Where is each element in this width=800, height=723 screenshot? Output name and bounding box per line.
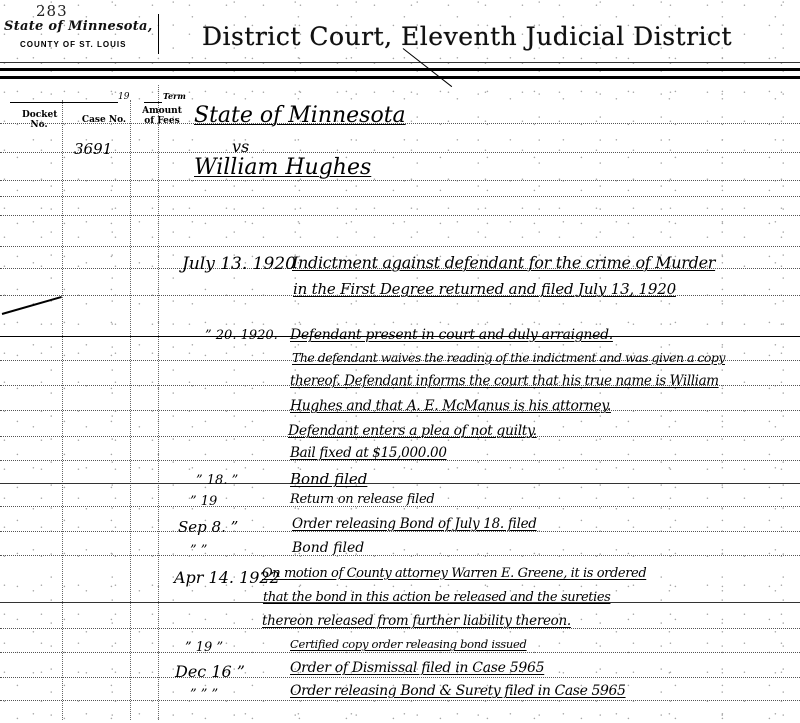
entry-date: July 13. 1920 xyxy=(182,254,296,274)
entry-date: ” ” ” xyxy=(190,687,218,702)
header-rule-thick-1 xyxy=(0,68,800,71)
ruled-line xyxy=(0,215,800,216)
entry-date: ” ” xyxy=(190,543,207,558)
entry-line: in the First Degree returned and filed J… xyxy=(293,280,676,298)
ruled-line xyxy=(0,652,800,653)
court-title: District Court, Eleventh Judicial Distri… xyxy=(202,22,732,51)
header-rule-thin xyxy=(0,62,800,63)
county-heading: COUNTY OF ST. LOUIS xyxy=(20,40,126,49)
ruled-line xyxy=(0,677,800,678)
year-line xyxy=(10,102,118,103)
entry-line: Certified copy order releasing bond issu… xyxy=(290,637,527,651)
header-brace xyxy=(158,14,165,54)
page-number: 283 xyxy=(36,2,68,20)
state-heading: State of Minnesota, xyxy=(4,19,153,34)
entry-line: Defendant enters a plea of not guilty. xyxy=(288,423,537,439)
case-number: 3691 xyxy=(74,140,112,158)
entry-line: Bond filed xyxy=(290,470,367,488)
entry-date: ” 18. ” xyxy=(196,473,238,488)
ruled-line xyxy=(0,152,800,153)
ruled-line xyxy=(0,555,800,556)
entry-date: Dec 16 ” xyxy=(175,662,245,681)
entry-line: thereon released from further liability … xyxy=(262,613,571,629)
ruled-line xyxy=(0,180,800,181)
docket-page: 283 State of Minnesota, COUNTY OF ST. LO… xyxy=(0,0,800,723)
entry-date: ” 20. 1920. xyxy=(205,328,278,343)
year-prefix: 19 xyxy=(118,92,129,102)
entry-line: that the bond in this action be released… xyxy=(263,590,610,605)
entry-line: thereof. Defendant informs the court tha… xyxy=(290,373,719,389)
header-rule-thick-2 xyxy=(0,76,800,79)
entry-line: The defendant waives the reading of the … xyxy=(292,350,725,365)
entry-line: Order releasing Bond of July 18. filed xyxy=(292,516,537,532)
ruled-line xyxy=(0,700,800,701)
entry-date: Sep 8. ” xyxy=(178,518,238,536)
ruled-line xyxy=(0,246,800,247)
term-label: Term xyxy=(163,91,186,101)
entry-line: Hughes and that A. E. McManus is his att… xyxy=(290,398,611,414)
entry-line: Bail fixed at $15,000.00 xyxy=(290,445,447,461)
col-docket-no: Docket No. xyxy=(22,110,56,130)
entry-line: Bond filed xyxy=(292,540,364,556)
margin-pen-mark xyxy=(2,296,62,315)
entry-line: Return on release filed xyxy=(290,492,434,507)
entry-line: Order of Dismissal filed in Case 5965 xyxy=(290,660,544,676)
ruled-line-solid xyxy=(0,483,800,484)
entry-line: Defendant present in court and duly arra… xyxy=(290,327,613,343)
entry-line: On motion of County attorney Warren E. G… xyxy=(262,566,646,581)
entry-date: ” 19 ” xyxy=(185,640,223,655)
ruled-line xyxy=(0,196,800,197)
versus: vs xyxy=(232,137,249,156)
entry-line: Indictment against defendant for the cri… xyxy=(292,253,715,272)
plaintiff-name: State of Minnesota xyxy=(194,103,406,128)
entry-line: Order releasing Bond & Surety filed in C… xyxy=(290,683,626,699)
term-line xyxy=(144,102,162,103)
defendant-name: William Hughes xyxy=(194,155,371,180)
entry-date: ” 19 xyxy=(190,494,217,509)
